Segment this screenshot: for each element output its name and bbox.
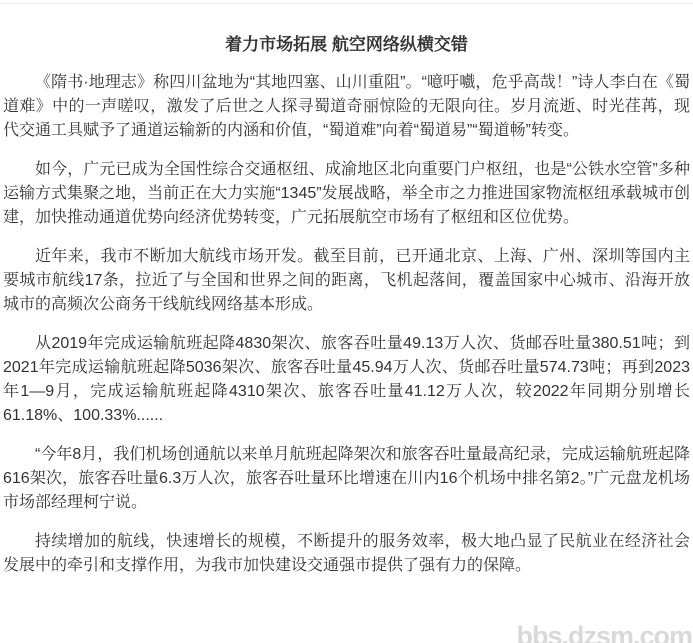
article-body: 着力市场拓展 航空网络纵横交错 《隋书·地理志》称四川盆地为“其地四塞、山川重阻…	[0, 34, 693, 578]
site-watermark: bbs.dzsm.com	[516, 623, 692, 643]
article-paragraph-conclusion: 持续增加的航线，快速增长的规模，不断提升的服务效率，极大地凸显了民航业在经济社会…	[3, 530, 690, 578]
article-paragraph-routes: 近年来，我市不断加大航线市场开发。截至目前，已开通北京、上海、广州、深圳等国内主…	[3, 245, 690, 317]
article-paragraph-statistics: 从2019年完成运输航班起降4830架次、旅客吞吐量49.13万人次、货邮吞吐量…	[3, 332, 690, 428]
article-title: 着力市场拓展 航空网络纵横交错	[3, 34, 690, 56]
top-divider	[0, 3, 693, 4]
article-paragraph-intro: 《隋书·地理志》称四川盆地为“其地四塞、山川重阻”。“噫吁嚱，危乎高哉！”诗人李…	[3, 71, 690, 143]
article-paragraph-hub-status: 如今，广元已成为全国性综合交通枢纽、成渝地区北向重要门户枢纽，也是“公铁水空管”…	[3, 158, 690, 230]
article-paragraph-quote: “今年8月，我们机场创通航以来单月航班起降架次和旅客吞吐量最高纪录，完成运输航班…	[3, 443, 690, 515]
